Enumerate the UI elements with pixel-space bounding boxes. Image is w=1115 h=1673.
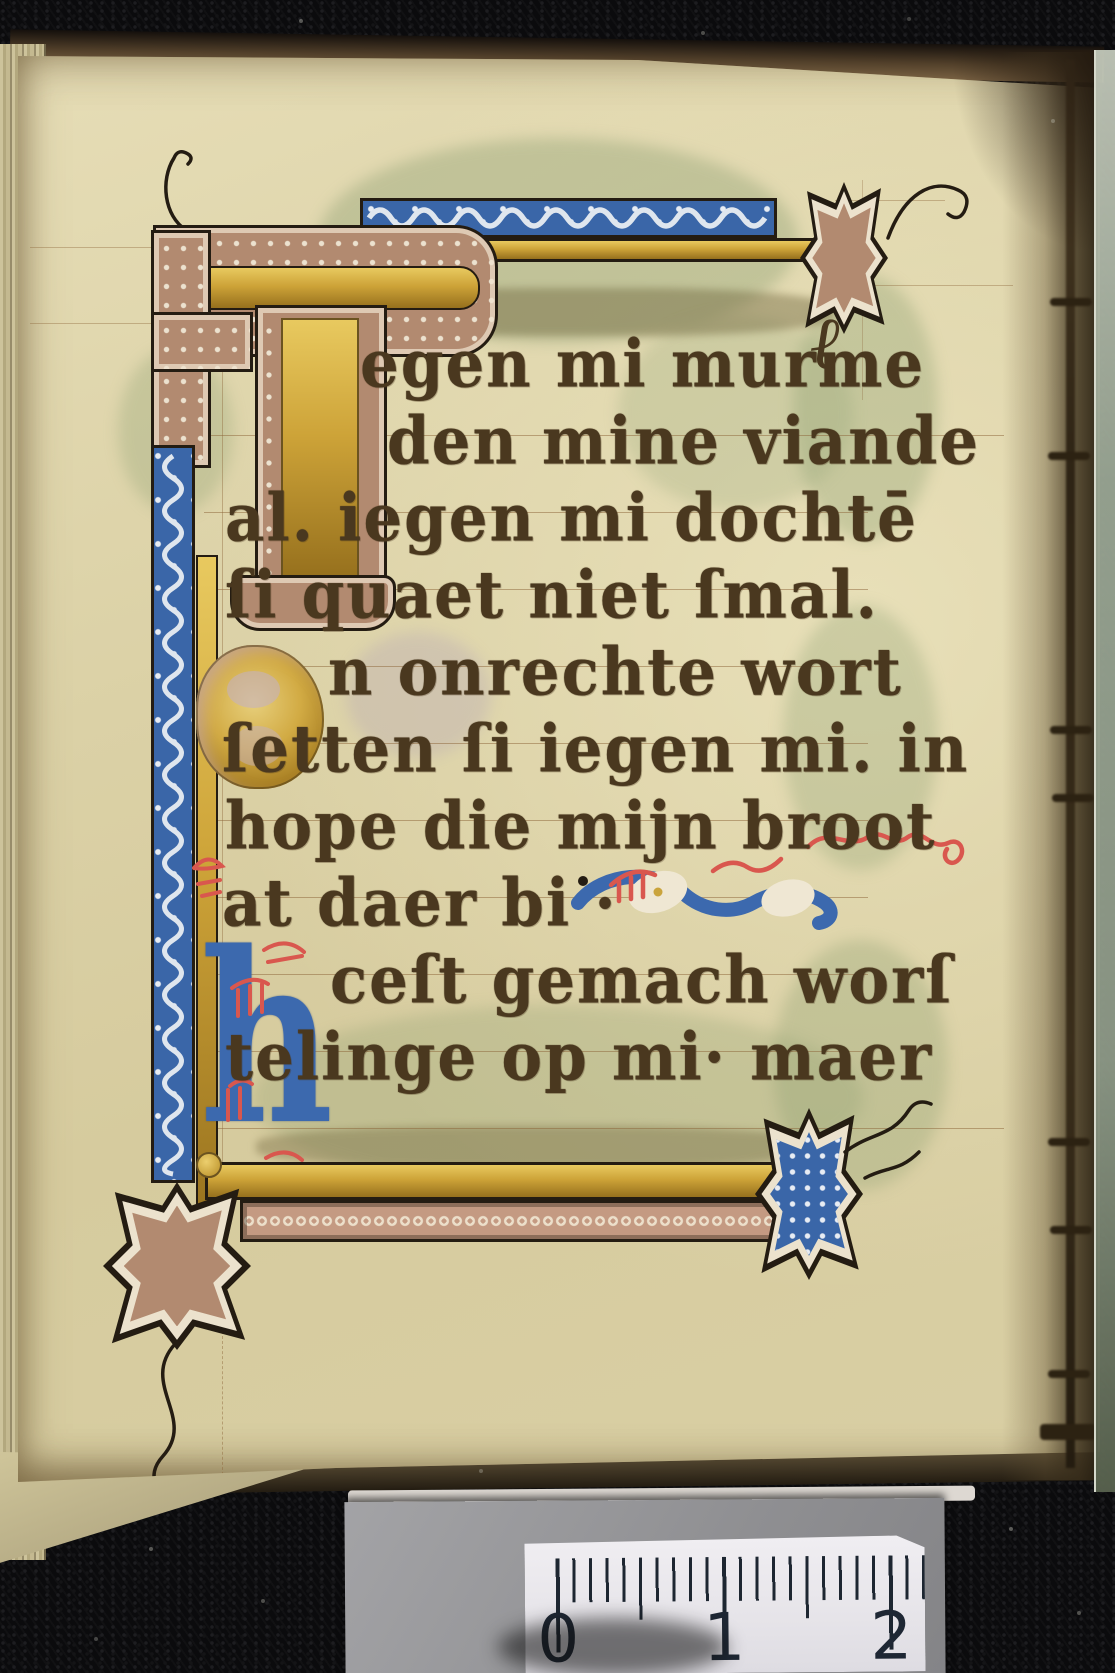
text-line: den mine viande: [387, 402, 980, 482]
sewing-station: [1050, 726, 1092, 734]
sewing-station: [1048, 452, 1090, 460]
white-wave-ornament: [369, 210, 765, 226]
sewing-station: [1040, 1424, 1096, 1440]
border-bottom-gold-bar: [205, 1162, 815, 1200]
manuscript-photo: h: [0, 0, 1115, 1673]
initial-I-arm-gold: [176, 266, 480, 310]
parchment-page: h: [18, 50, 1100, 1484]
shadow-smudge: [498, 1618, 728, 1673]
sewing-station: [1050, 1226, 1092, 1234]
pen-flourish-bottom-right: [833, 1080, 953, 1200]
text-line: telinge op mi· maer: [225, 1018, 933, 1098]
border-bottom-rose-band: [240, 1200, 794, 1242]
ruling-line: [30, 247, 152, 248]
initial-I-corner-step: [151, 312, 253, 372]
sewing-station: [1052, 794, 1094, 802]
sewing-station: [1048, 1138, 1090, 1146]
ruler-mm-ticks: [556, 1555, 928, 1602]
dust-specks: [0, 0, 2, 2]
text-line: n onrechte wort: [328, 633, 903, 713]
text-line: ſi quaet niet ſmal.: [225, 556, 879, 636]
gold-boss: [196, 1152, 222, 1178]
text-line: ſetten ſi iegen mi. in: [222, 710, 969, 790]
glass-edge-strip: [1094, 50, 1115, 1492]
pen-flourish-top-left: [130, 146, 210, 236]
gutter-crease: [1066, 60, 1075, 1468]
text-line: al. iegen mi dochtē: [225, 479, 918, 559]
ruler-label-2: 2: [869, 1601, 914, 1671]
border-corner-bottom-left: [103, 1182, 251, 1350]
gutter-top-shadow: [950, 50, 1102, 255]
sewing-station: [1050, 298, 1092, 306]
gutter-shadow: [1002, 52, 1098, 1480]
text-line: hope die mijn broot: [225, 787, 936, 867]
text-line: at daer bi ·: [222, 864, 618, 944]
sewing-station: [1048, 1370, 1090, 1378]
ruling-line: [30, 323, 152, 324]
text-line: ceſt gemach worſ: [330, 941, 953, 1021]
